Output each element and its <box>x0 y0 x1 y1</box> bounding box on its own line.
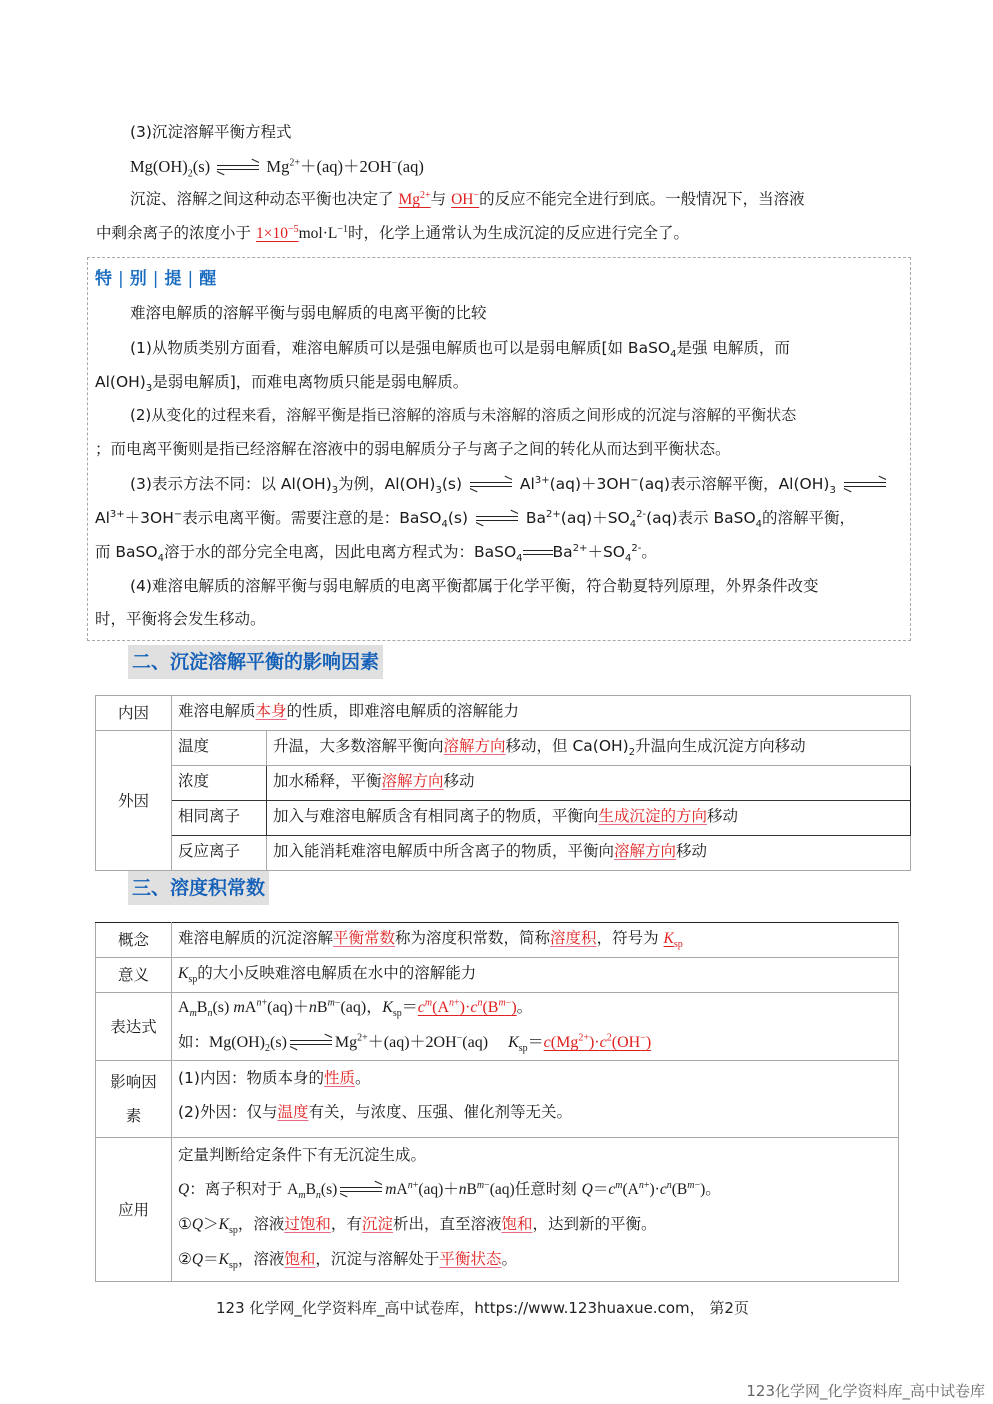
note-p1-line2: Al(OH)3是弱电解质]，而难电离物质只能是弱电解质。 <box>95 371 468 393</box>
table-row: 反应离子 加入能消耗难溶电解质中所含离子的物质，平衡向溶解方向移动 <box>96 836 911 871</box>
row-label: 概念 <box>96 923 172 958</box>
row-content: AmBn(s) mAn+(aq)＋nBm−(aq)，Ksp＝cm(An+)·cn… <box>172 993 899 1061</box>
row-label: 反应离子 <box>172 836 267 871</box>
table-row: 应用 定量判断给定条件下有无沉淀生成。 Q：离子积对于 AmBn(s)mAn+(… <box>96 1138 899 1282</box>
paragraph-line-1: 沉淀、溶解之间这种动态平衡也决定了 Mg2+与 OH−的反应不能完全进行到底。一… <box>130 188 805 211</box>
note-p3-line3: 而 BaSO4溶于水的部分完全电离，因此电离方程式为：BaSO4Ba2+＋SO4… <box>95 541 657 563</box>
highlight-oh: OH− <box>451 191 479 208</box>
row-content: 加水稀释，平衡溶解方向移动 <box>267 766 911 801</box>
note-p4-line1: (4)难溶电解质的溶解平衡与弱电解质的电离平衡都属于化学平衡，符合勒夏特列原理，… <box>130 575 818 597</box>
equilibrium-arrow-icon <box>476 514 518 524</box>
table-row: 意义 Ksp的大小反映难溶电解质在水中的溶解能力 <box>96 958 899 993</box>
table-row: 表达式 AmBn(s) mAn+(aq)＋nBm−(aq)，Ksp＝cm(An+… <box>96 993 899 1061</box>
highlight-concentration: 1×10−5 <box>256 225 299 242</box>
row-label: 内因 <box>96 696 172 731</box>
row-content: Ksp的大小反映难溶电解质在水中的溶解能力 <box>172 958 899 993</box>
note-title: 特|别|提|醒 <box>95 264 217 289</box>
table-row: 浓度 加水稀释，平衡溶解方向移动 <box>96 766 911 801</box>
row-label: 浓度 <box>172 766 267 801</box>
section-heading-2: 二、沉淀溶解平衡的影响因素 <box>128 645 383 679</box>
subtitle-equation: (3)沉淀溶解平衡方程式 <box>130 121 291 143</box>
note-p3-line2: Al3+＋3OH−表示电离平衡。需要注意的是：BaSO4(s) Ba2+(aq)… <box>95 507 855 529</box>
group-label: 外因 <box>96 731 172 871</box>
equilibrium-arrow-icon <box>290 1038 332 1048</box>
highlight-mg: Mg2+ <box>398 191 430 208</box>
row-content: 难溶电解质本身的性质，即难溶电解质的溶解能力 <box>172 696 911 731</box>
watermark: 123化学网_化学资料库_高中试卷库 <box>746 1380 985 1401</box>
row-content: 加入能消耗难溶电解质中所含离子的物质，平衡向溶解方向移动 <box>267 836 911 871</box>
note-p4-line2: 时，平衡将会发生移动。 <box>95 608 266 630</box>
table-row: 相同离子 加入与难溶电解质含有相同离子的物质，平衡向生成沉淀的方向移动 <box>96 801 911 836</box>
row-label: 相同离子 <box>172 801 267 836</box>
factors-table: 内因 难溶电解质本身的性质，即难溶电解质的溶解能力 外因 温度 升温，大多数溶解… <box>95 695 911 871</box>
table-row: 概念 难溶电解质的沉淀溶解平衡常数称为溶度积常数，简称溶度积，符号为 Ksp <box>96 923 899 958</box>
row-label: 温度 <box>172 731 267 766</box>
row-label: 应用 <box>96 1138 172 1282</box>
table-row: 影响因素 (1)内因：物质本身的性质。 (2)外因：仅与温度有关，与浓度、压强、… <box>96 1061 899 1138</box>
equilibrium-arrow-icon <box>470 480 512 490</box>
table-row: 内因 难溶电解质本身的性质，即难溶电解质的溶解能力 <box>96 696 911 731</box>
equilibrium-arrow-icon <box>340 1185 382 1195</box>
row-content: 升温，大多数溶解平衡向溶解方向移动，但 Ca(OH)2升温向生成沉淀方向移动 <box>267 731 911 766</box>
note-p2-line2: ；而电离平衡则是指已经溶解在溶液中的弱电解质分子与离子之间的转化从而达到平衡状态… <box>95 438 731 460</box>
row-label: 影响因素 <box>96 1061 172 1138</box>
table-row: 外因 温度 升温，大多数溶解平衡向溶解方向移动，但 Ca(OH)2升温向生成沉淀… <box>96 731 911 766</box>
ksp-table: 概念 难溶电解质的沉淀溶解平衡常数称为溶度积常数，简称溶度积，符号为 Ksp 意… <box>95 922 899 1282</box>
equilibrium-arrow-icon <box>217 163 259 173</box>
section-heading-3: 三、溶度积常数 <box>128 871 269 905</box>
equals-sign-icon <box>523 550 553 556</box>
row-content: 定量判断给定条件下有无沉淀生成。 Q：离子积对于 AmBn(s)mAn+(aq)… <box>172 1138 899 1282</box>
note-p3-line1: (3)表示方法不同：以 Al(OH)3为例，Al(OH)3(s) Al3+(aq… <box>130 473 889 495</box>
equilibrium-arrow-icon <box>844 480 886 490</box>
note-p1-line1: (1)从物质类别方面看，难溶电解质可以是强电解质也可以是弱电解质[如 BaSO4… <box>130 337 790 359</box>
page-footer: 123 化学网_化学资料库_高中试卷库，https://www.123huaxu… <box>216 1297 749 1318</box>
note-intro: 难溶电解质的溶解平衡与弱电解质的电离平衡的比较 <box>130 302 487 324</box>
row-content: (1)内因：物质本身的性质。 (2)外因：仅与温度有关，与浓度、压强、催化剂等无… <box>172 1061 899 1138</box>
row-label: 意义 <box>96 958 172 993</box>
note-p2-line1: (2)从变化的过程来看，溶解平衡是指已溶解的溶质与未溶解的溶质之间形成的沉淀与溶… <box>130 404 796 426</box>
dissolution-equation: Mg(OH)2(s) Mg2+＋(aq)＋2OH−(aq) <box>130 156 424 178</box>
row-content: 难溶电解质的沉淀溶解平衡常数称为溶度积常数，简称溶度积，符号为 Ksp <box>172 923 899 958</box>
row-content: 加入与难溶电解质含有相同离子的物质，平衡向生成沉淀的方向移动 <box>267 801 911 836</box>
row-label: 表达式 <box>96 993 172 1061</box>
paragraph-line-2: 中剩余离子的浓度小于 1×10−5mol·L−1时，化学上通常认为生成沉淀的反应… <box>96 222 689 245</box>
